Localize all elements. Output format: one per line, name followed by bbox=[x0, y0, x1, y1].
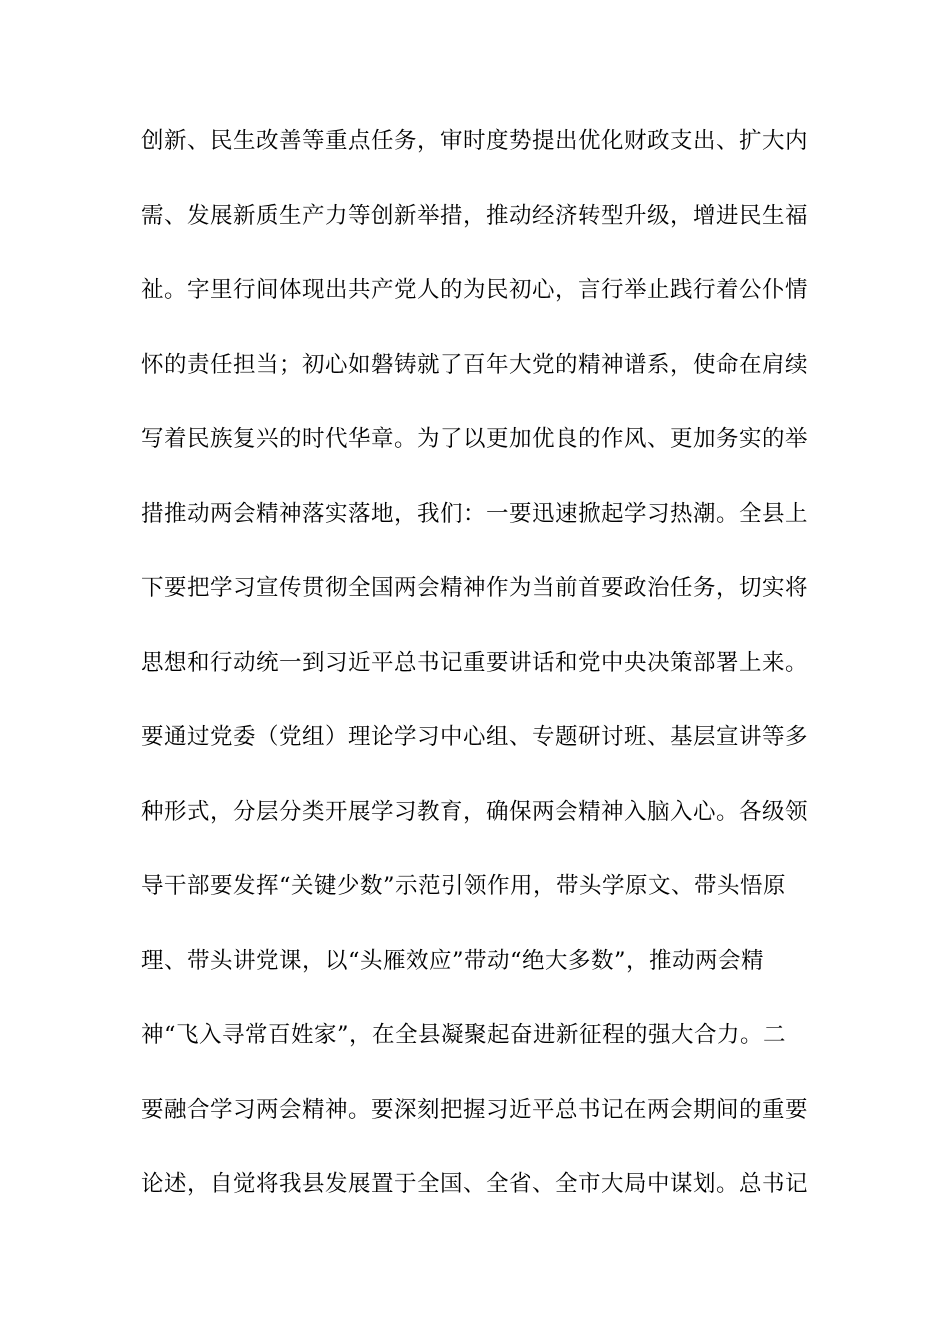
text-line: 要融合学习两会精神。要深刻把握习近平总书记在两会期间的重要 bbox=[141, 1073, 811, 1148]
document-text-block: 创新、民生改善等重点任务，审时度势提出优化财政支出、扩大内 需、发展新质生产力等… bbox=[141, 104, 811, 1222]
text-line: 理、带头讲党课，以“头雁效应”带动“绝大多数”，推动两会精 bbox=[141, 924, 811, 999]
text-line: 导干部要发挥“关键少数”示范引领作用，带头学原文、带头悟原 bbox=[141, 849, 811, 924]
text-line: 神“飞入寻常百姓家”，在全县凝聚起奋进新征程的强大合力。二 bbox=[141, 998, 811, 1073]
text-line: 要通过党委（党组）理论学习中心组、专题研讨班、基层宣讲等多 bbox=[141, 700, 811, 775]
text-line: 需、发展新质生产力等创新举措，推动经济转型升级，增进民生福 bbox=[141, 179, 811, 254]
text-line: 写着民族复兴的时代华章。为了以更加优良的作风、更加务实的举 bbox=[141, 402, 811, 477]
text-line: 下要把学习宣传贯彻全国两会精神作为当前首要政治任务，切实将 bbox=[141, 551, 811, 626]
text-line: 创新、民生改善等重点任务，审时度势提出优化财政支出、扩大内 bbox=[141, 104, 811, 179]
text-line: 措推动两会精神落实落地，我们：一要迅速掀起学习热潮。全县上 bbox=[141, 477, 811, 552]
text-line: 种形式，分层分类开展学习教育，确保两会精神入脑入心。各级领 bbox=[141, 775, 811, 850]
document-page: 创新、民生改善等重点任务，审时度势提出优化财政支出、扩大内 需、发展新质生产力等… bbox=[0, 0, 950, 1344]
text-line: 怀的责任担当；初心如磐铸就了百年大党的精神谱系，使命在肩续 bbox=[141, 328, 811, 403]
text-line: 祉。字里行间体现出共产党人的为民初心，言行举止践行着公仆情 bbox=[141, 253, 811, 328]
text-line: 思想和行动统一到习近平总书记重要讲话和党中央决策部署上来。 bbox=[141, 626, 811, 701]
text-line: 论述，自觉将我县发展置于全国、全省、全市大局中谋划。总书记 bbox=[141, 1147, 811, 1222]
